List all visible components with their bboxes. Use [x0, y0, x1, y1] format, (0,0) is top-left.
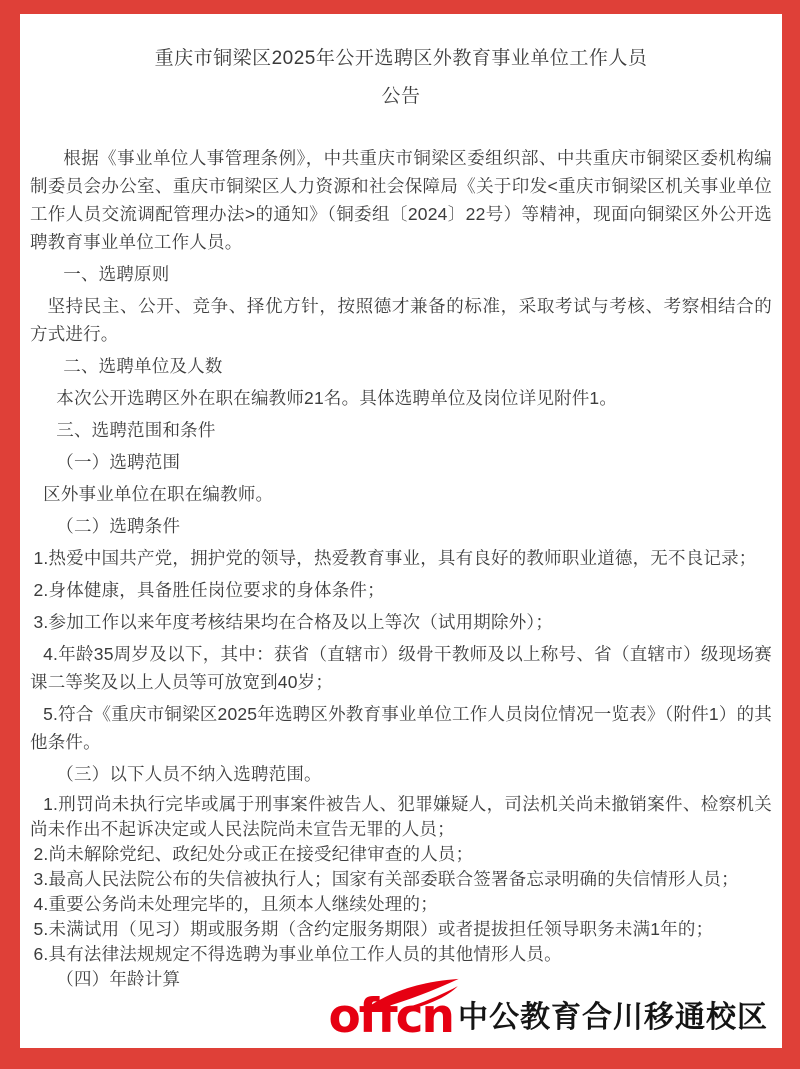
footer-logo: offcn 中公教育合川移通校区 [322, 995, 768, 1038]
subheading-3-3: （三）以下人员不纳入选聘范围。 [30, 760, 772, 788]
list-item: 1.刑罚尚未执行完毕或属于刑事案件被告人、犯罪嫌疑人，司法机关尚未撤销案件、检察… [30, 792, 772, 842]
heading-section-3: 三、选聘范围和条件 [30, 416, 772, 444]
offcn-swoosh-icon [360, 978, 462, 1014]
brand-text: 中公教育合川移通校区 [458, 1003, 768, 1038]
heading-section-2: 二、选聘单位及人数 [30, 352, 772, 380]
list-item: 3.参加工作以来年度考核结果均在合格及以上等次（试用期除外）； [30, 608, 772, 636]
list-item: 5.未满试用（见习）期或服务期（含约定服务期限）或者提拔担任领导职务未满1年的； [30, 917, 772, 942]
paragraph-intro: 根据《事业单位人事管理条例》，中共重庆市铜梁区委组织部、中共重庆市铜梁区委机构编… [30, 144, 772, 256]
document-sheet: 重庆市铜梁区2025年公开选聘区外教育事业单位工作人员 公告 根据《事业单位人事… [20, 14, 782, 1048]
list-item: 5.符合《重庆市铜梁区2025年选聘区外教育事业单位工作人员岗位情况一览表》（附… [30, 700, 772, 756]
list-item: 1.热爱中国共产党，拥护党的领导，热爱教育事业，具有良好的教师职业道德，无不良记… [30, 544, 772, 572]
offcn-logo: offcn [328, 995, 453, 1038]
list-item: 3.最高人民法院公布的失信被执行人；国家有关部委联合签署备忘录明确的失信情形人员… [30, 867, 772, 892]
list-item: 2.身体健康，具备胜任岗位要求的身体条件； [30, 576, 772, 604]
list-item: 4.年龄35周岁及以下，其中：获省（直辖市）级骨干教师及以上称号、省（直辖市）级… [30, 640, 772, 696]
doc-subtitle: 公告 [30, 78, 772, 116]
paragraph: 坚持民主、公开、竞争、择优方针，按照德才兼备的标准，采取考试与考核、考察相结合的… [30, 292, 772, 348]
title-block: 重庆市铜梁区2025年公开选聘区外教育事业单位工作人员 公告 [30, 40, 772, 116]
list-item: 2.尚未解除党纪、政纪处分或正在接受纪律审查的人员； [30, 842, 772, 867]
subheading-3-1: （一）选聘范围 [30, 448, 772, 476]
page-background: 重庆市铜梁区2025年公开选聘区外教育事业单位工作人员 公告 根据《事业单位人事… [0, 0, 800, 1069]
list-item: 4.重要公务尚未处理完毕的，且须本人继续处理的； [30, 892, 772, 917]
heading-section-1: 一、选聘原则 [30, 260, 772, 288]
list-item: 6.具有法律法规规定不得选聘为事业单位工作人员的其他情形人员。 [30, 942, 772, 967]
paragraph: 区外事业单位在职在编教师。 [30, 480, 772, 508]
subheading-3-2: （二）选聘条件 [30, 512, 772, 540]
paragraph: 本次公开选聘区外在职在编教师21名。具体选聘单位及岗位详见附件1。 [30, 384, 772, 412]
doc-title: 重庆市铜梁区2025年公开选聘区外教育事业单位工作人员 [30, 40, 772, 78]
